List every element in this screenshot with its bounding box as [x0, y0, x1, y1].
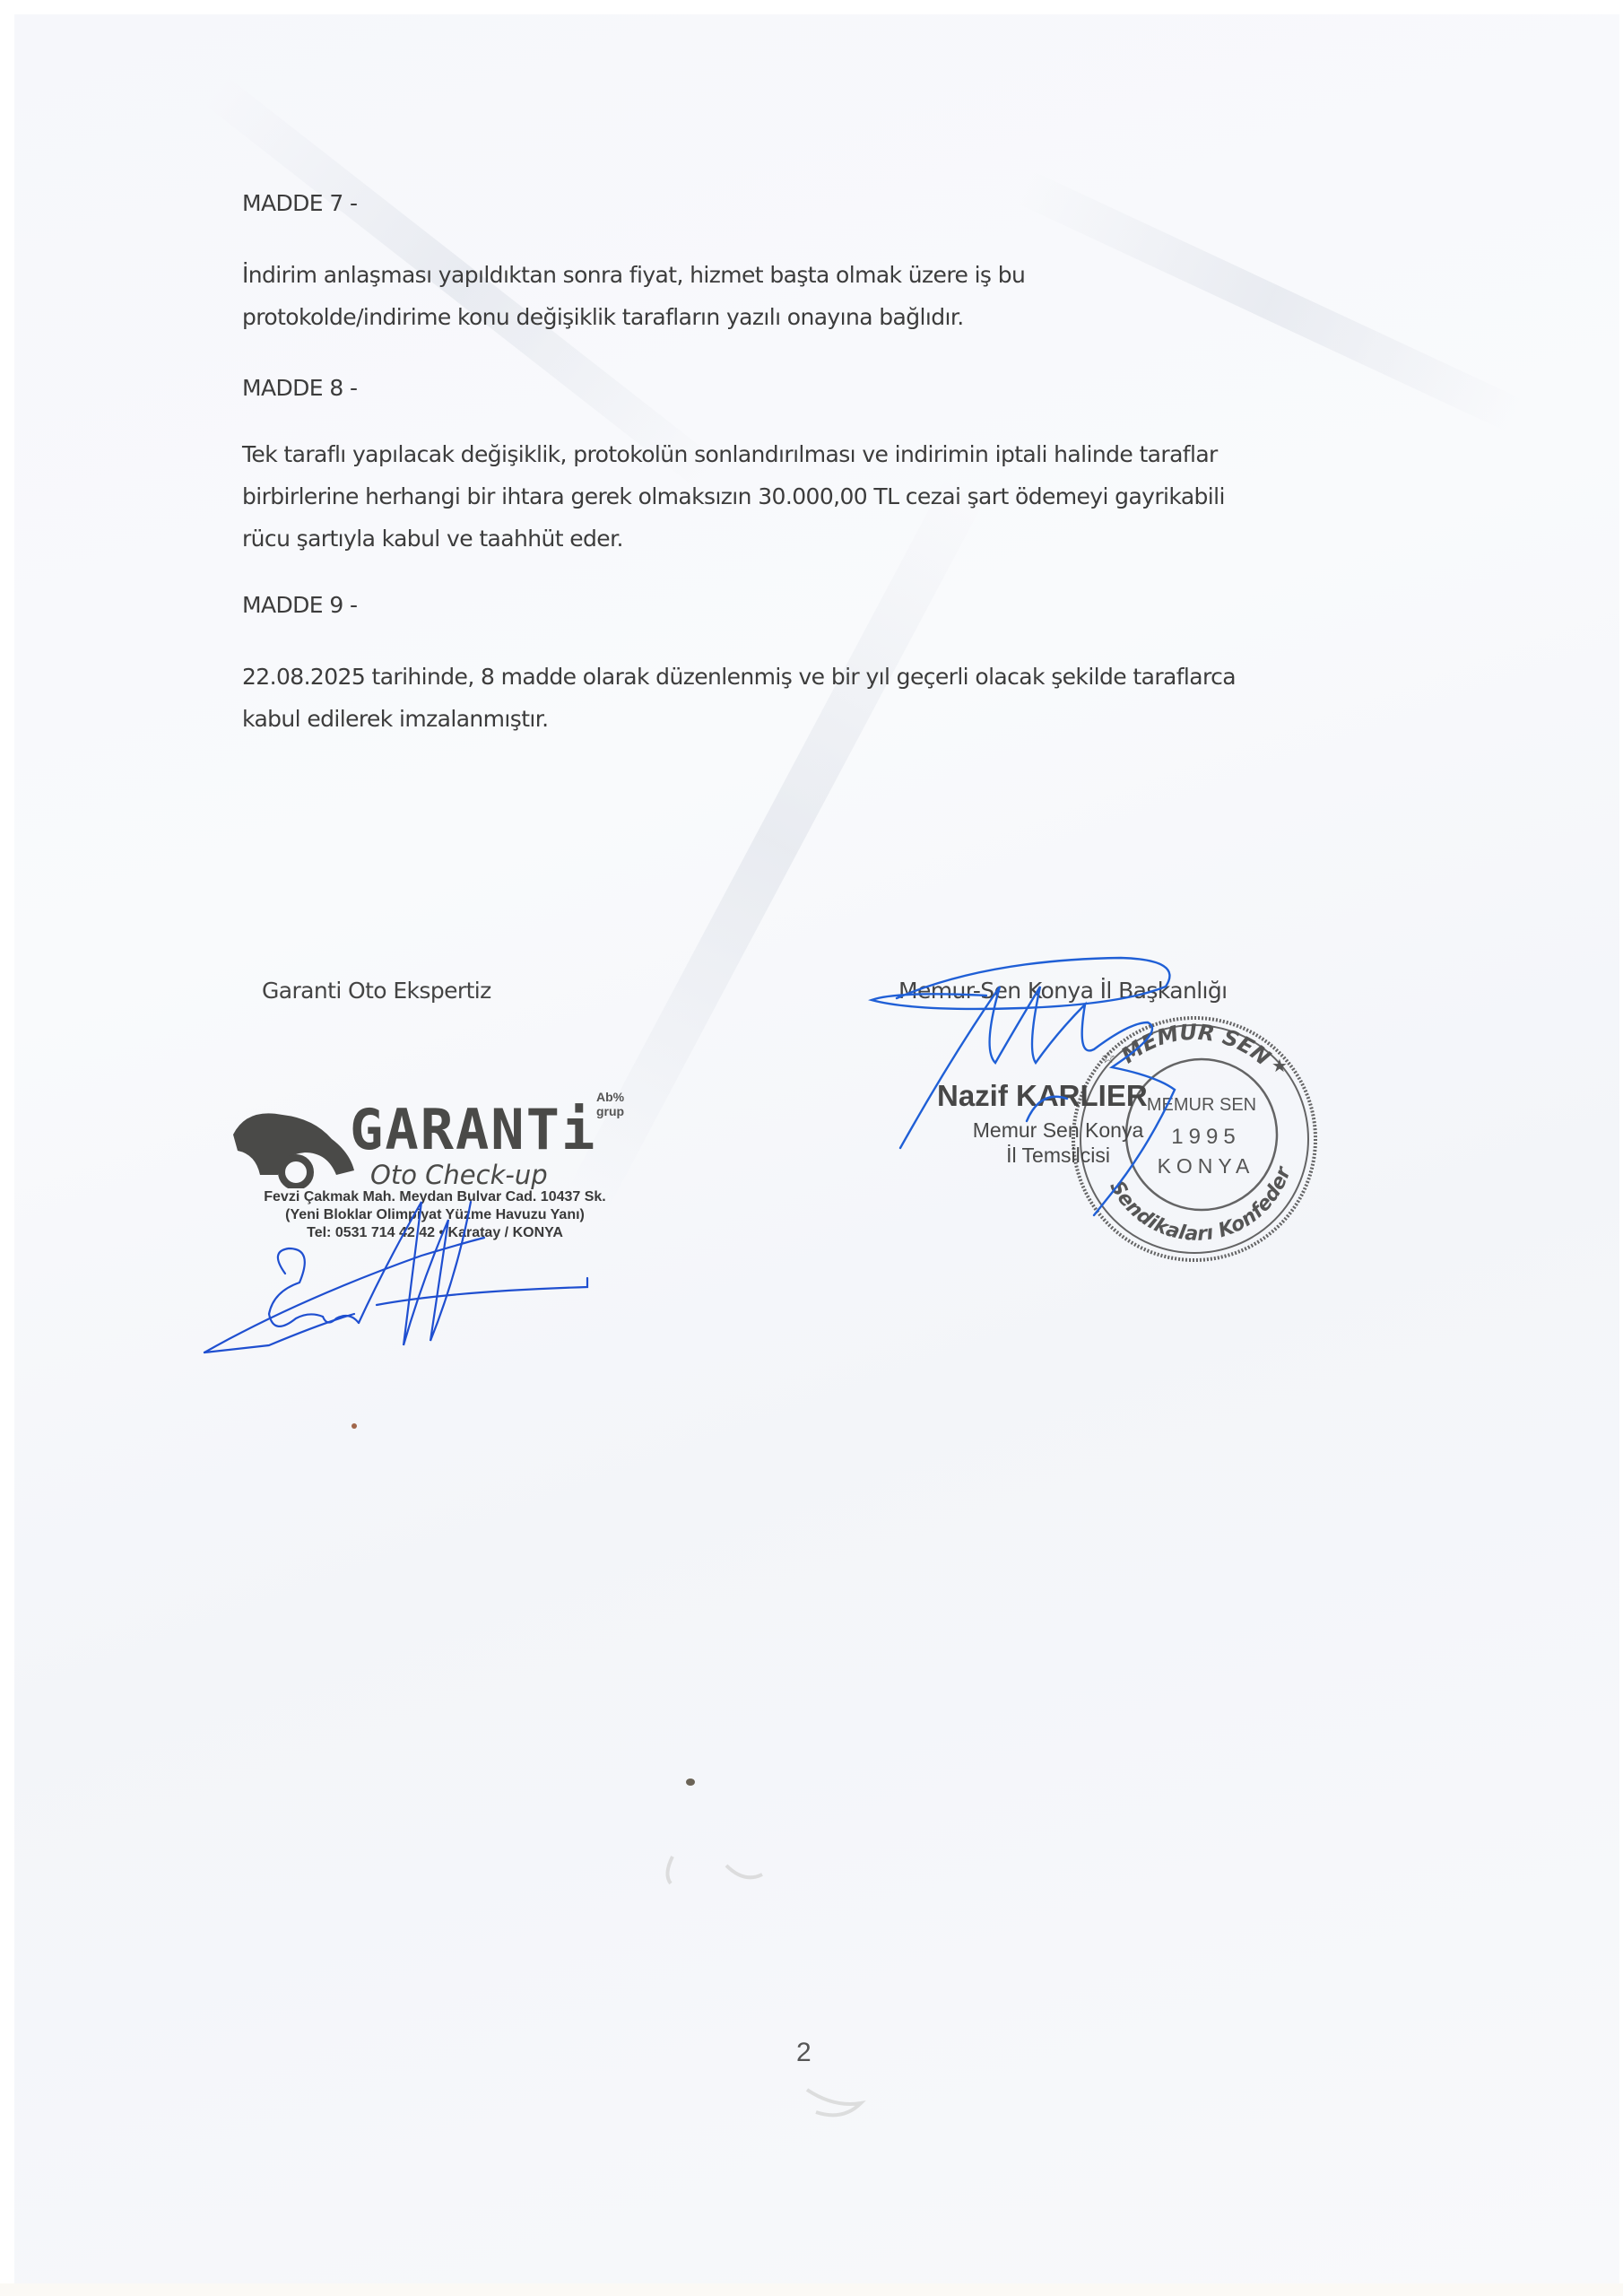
article-body: Tek taraflı yapılacak değişiklik, protok…: [242, 433, 1372, 560]
stamp-tagline: Oto Check-up: [370, 1160, 548, 1190]
article-line: birbirlerine herhangi bir ihtara gerek o…: [242, 475, 1372, 517]
article-body: 22.08.2025 tarihinde, 8 madde olarak düz…: [242, 656, 1372, 740]
car-logo-icon: [229, 1099, 363, 1188]
address-line: Fevzi Çakmak Mah. Meydan Bulvar Cad. 104…: [220, 1188, 650, 1206]
stamp-address: Fevzi Çakmak Mah. Meydan Bulvar Cad. 104…: [220, 1188, 650, 1242]
article-body: İndirim anlaşması yapıldıktan sonra fiya…: [242, 254, 1372, 338]
article-heading: MADDE 8 -: [242, 375, 357, 401]
article-line: protokolde/indirime konu değişiklik tara…: [242, 296, 1372, 338]
party-label-left: Garanti Oto Ekspertiz: [262, 978, 491, 1004]
article-line: Tek taraflı yapılacak değişiklik, protok…: [242, 433, 1372, 475]
brand-badge: Ab% grup: [596, 1090, 650, 1118]
company-stamp: Ab% grup GARANTi Oto Check-up Fevzi Çakm…: [220, 1090, 650, 1247]
representative-title: İl Temsilcisi: [942, 1144, 1175, 1168]
party-label-right: Memur-Sen Konya İl Başkanlığı: [898, 978, 1228, 1004]
article-line: İndirim anlaşması yapıldıktan sonra fiya…: [242, 254, 1372, 296]
stamp-brand: GARANTi: [350, 1097, 596, 1162]
address-line: (Yeni Bloklar Olimpiyat Yüzme Havuzu Yan…: [220, 1206, 650, 1224]
representative-name: Nazif KARLIER: [937, 1079, 1148, 1113]
page-number: 2: [796, 2038, 811, 2068]
article-line: kabul edilerek imzalanmıştır.: [242, 698, 1372, 740]
article-heading: MADDE 9 -: [242, 592, 357, 618]
article-heading: MADDE 7 -: [242, 190, 357, 216]
scan-edge: [0, 2283, 1623, 2296]
representative-title: Memur Sen Konya: [942, 1118, 1175, 1143]
article-line: rücu şartıyla kabul ve taahhüt eder.: [242, 517, 1372, 560]
address-line: Tel: 0531 714 42 42 • Karatay / KONYA: [220, 1224, 650, 1242]
article-line: 22.08.2025 tarihinde, 8 madde olarak düz…: [242, 656, 1372, 698]
